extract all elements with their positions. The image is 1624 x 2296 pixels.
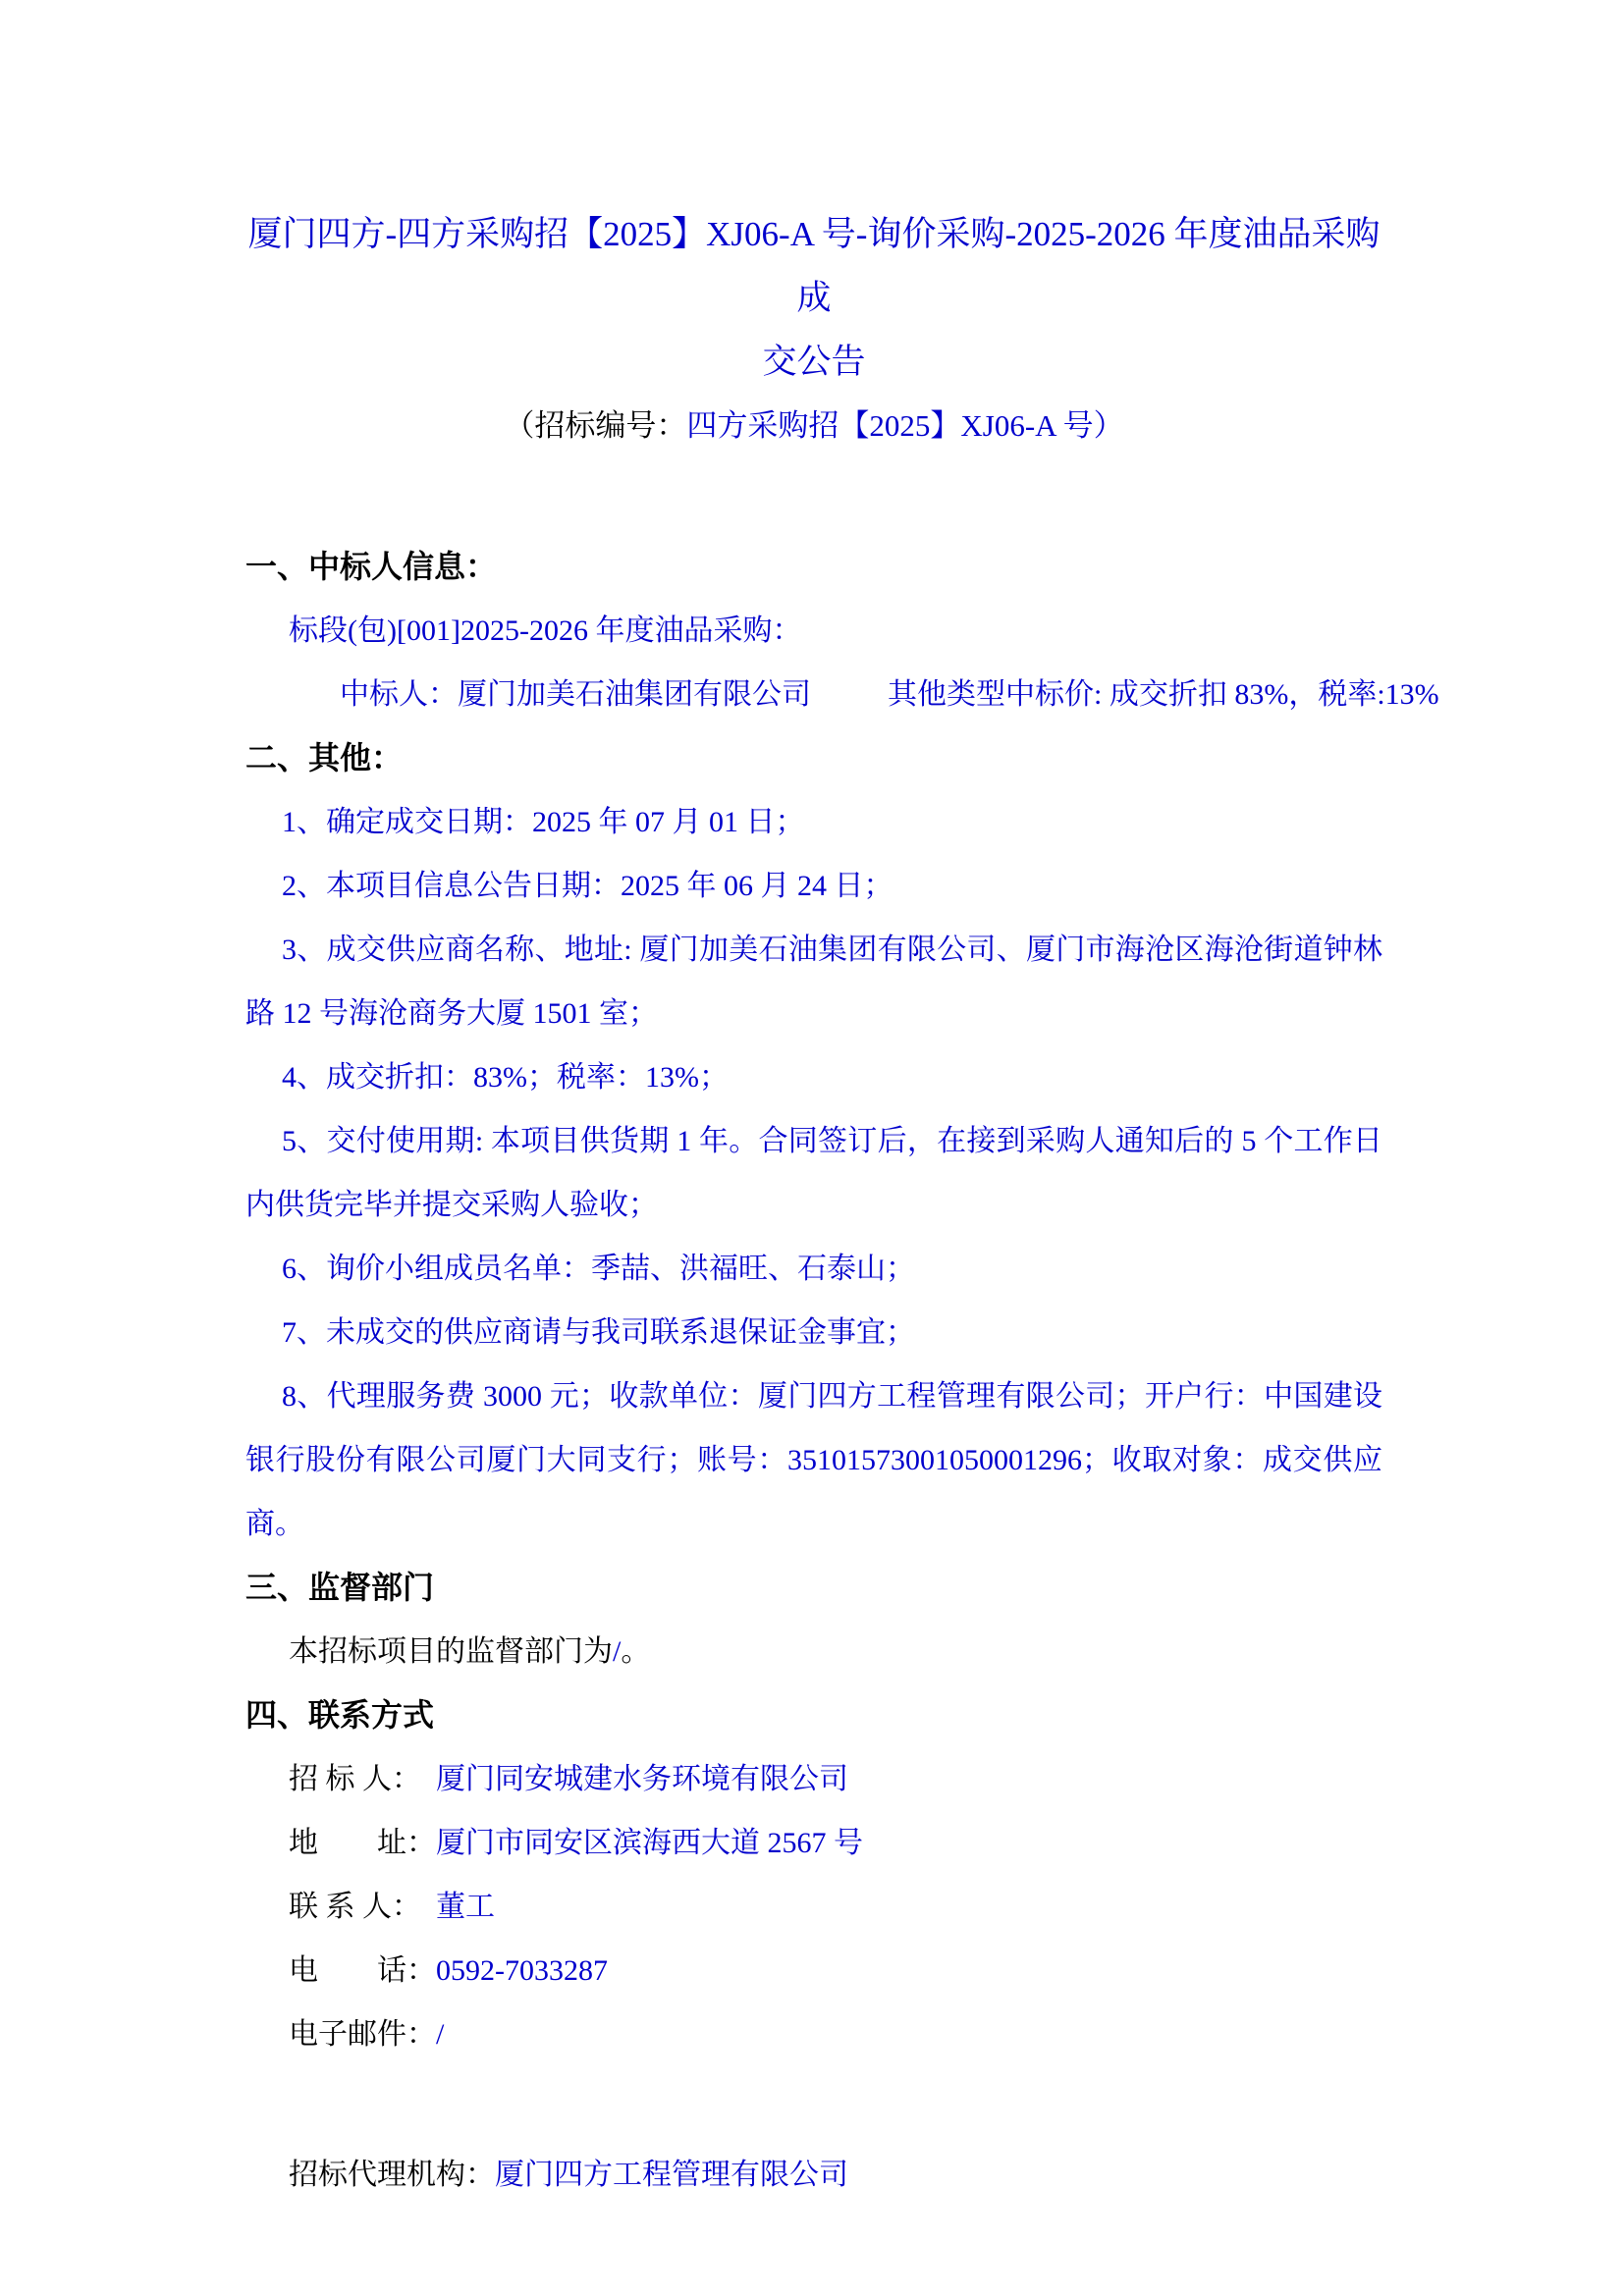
- address-value: 厦门市同安区滨海西大道 2567 号: [436, 1827, 863, 1859]
- tender-number-value: 四方采购招【2025】XJ06-A 号）: [686, 408, 1123, 443]
- discount-tax-item: 4、成交折扣：83%；税率：13%；: [245, 1045, 1382, 1109]
- tenderer-value: 厦门同安城建水务环境有限公司: [436, 1763, 848, 1795]
- section-4-heading: 四、联系方式: [245, 1683, 1382, 1747]
- section-2-heading: 二、其他：: [245, 726, 1382, 790]
- phone-label: 电 话：: [289, 1939, 436, 2002]
- contact-person-row: 联 系 人：董工: [245, 1875, 1382, 1939]
- contact-person-value: 董工: [436, 1891, 495, 1923]
- delivery-period-item: 5、交付使用期: 本项目供货期 1 年。合同签订后，在接到采购人通知后的 5 个…: [245, 1109, 1382, 1237]
- document-content: 厦门四方-四方采购招【2025】XJ06-A 号-询价采购-2025-2026 …: [0, 0, 1624, 2207]
- tenderer-row: 招 标 人：厦门同安城建水务环境有限公司: [245, 1747, 1382, 1811]
- phone-value: 0592-7033287: [436, 1954, 608, 1987]
- page-title: 厦门四方-四方采购招【2025】XJ06-A 号-询价采购-2025-2026 …: [245, 202, 1382, 394]
- phone-row: 电 话：0592-7033287: [245, 1939, 1382, 2002]
- tender-number-subtitle: （招标编号：四方采购招【2025】XJ06-A 号）: [245, 394, 1382, 457]
- agency-label: 招标代理机构：: [289, 2159, 495, 2191]
- announcement-document-page: 厦门四方-四方采购招【2025】XJ06-A 号-询价采购-2025-2026 …: [0, 0, 1624, 2296]
- winner-name: 中标人：厦门加美石油集团有限公司: [340, 678, 811, 711]
- agency-row: 招标代理机构：厦门四方工程管理有限公司: [245, 2143, 1382, 2207]
- email-row: 电子邮件：/: [245, 2002, 1382, 2066]
- contact-person-label: 联 系 人：: [289, 1875, 436, 1939]
- section-3-heading: 三、监督部门: [245, 1556, 1382, 1620]
- page-title-line1: 厦门四方-四方采购招【2025】XJ06-A 号-询价采购-2025-2026 …: [245, 202, 1382, 330]
- page-title-line2: 交公告: [245, 330, 1382, 394]
- supervision-statement: 本招标项目的监督部门为/。: [245, 1620, 1382, 1683]
- deposit-refund-item: 7、未成交的供应商请与我司联系退保证金事宜；: [245, 1301, 1382, 1364]
- agency-fee-item: 8、代理服务费 3000 元；收款单位：厦门四方工程管理有限公司；开户行：中国建…: [245, 1364, 1382, 1556]
- inquiry-team-item: 6、询价小组成员名单：季喆、洪福旺、石泰山；: [245, 1237, 1382, 1301]
- winner-info-line: 中标人：厦门加美石油集团有限公司其他类型中标价: 成交折扣 83%，税率:13%: [245, 663, 1382, 726]
- lot-info-line: 标段(包)[001]2025-2026 年度油品采购：: [245, 599, 1382, 663]
- section-1-heading: 一、中标人信息：: [245, 535, 1382, 599]
- supervision-period: 。: [621, 1635, 650, 1668]
- email-label: 电子邮件：: [289, 2002, 436, 2066]
- deal-date-item: 1、确定成交日期：2025 年 07 月 01 日；: [245, 790, 1382, 854]
- supplier-name-address-item: 3、成交供应商名称、地址: 厦门加美石油集团有限公司、厦门市海沧区海沧街道钟林路…: [245, 918, 1382, 1045]
- tenderer-label: 招 标 人：: [289, 1747, 436, 1811]
- announcement-date-item: 2、本项目信息公告日期：2025 年 06 月 24 日；: [245, 854, 1382, 918]
- winner-price-info: 其他类型中标价: 成交折扣 83%，税率:13%: [888, 678, 1439, 711]
- address-row: 地 址：厦门市同安区滨海西大道 2567 号: [245, 1811, 1382, 1875]
- supervision-text: 本招标项目的监督部门为: [289, 1635, 613, 1668]
- email-value: /: [436, 2018, 444, 2051]
- address-label: 地 址：: [289, 1811, 436, 1875]
- agency-value: 厦门四方工程管理有限公司: [495, 2159, 848, 2191]
- tender-number-label: （招标编号：: [504, 408, 686, 443]
